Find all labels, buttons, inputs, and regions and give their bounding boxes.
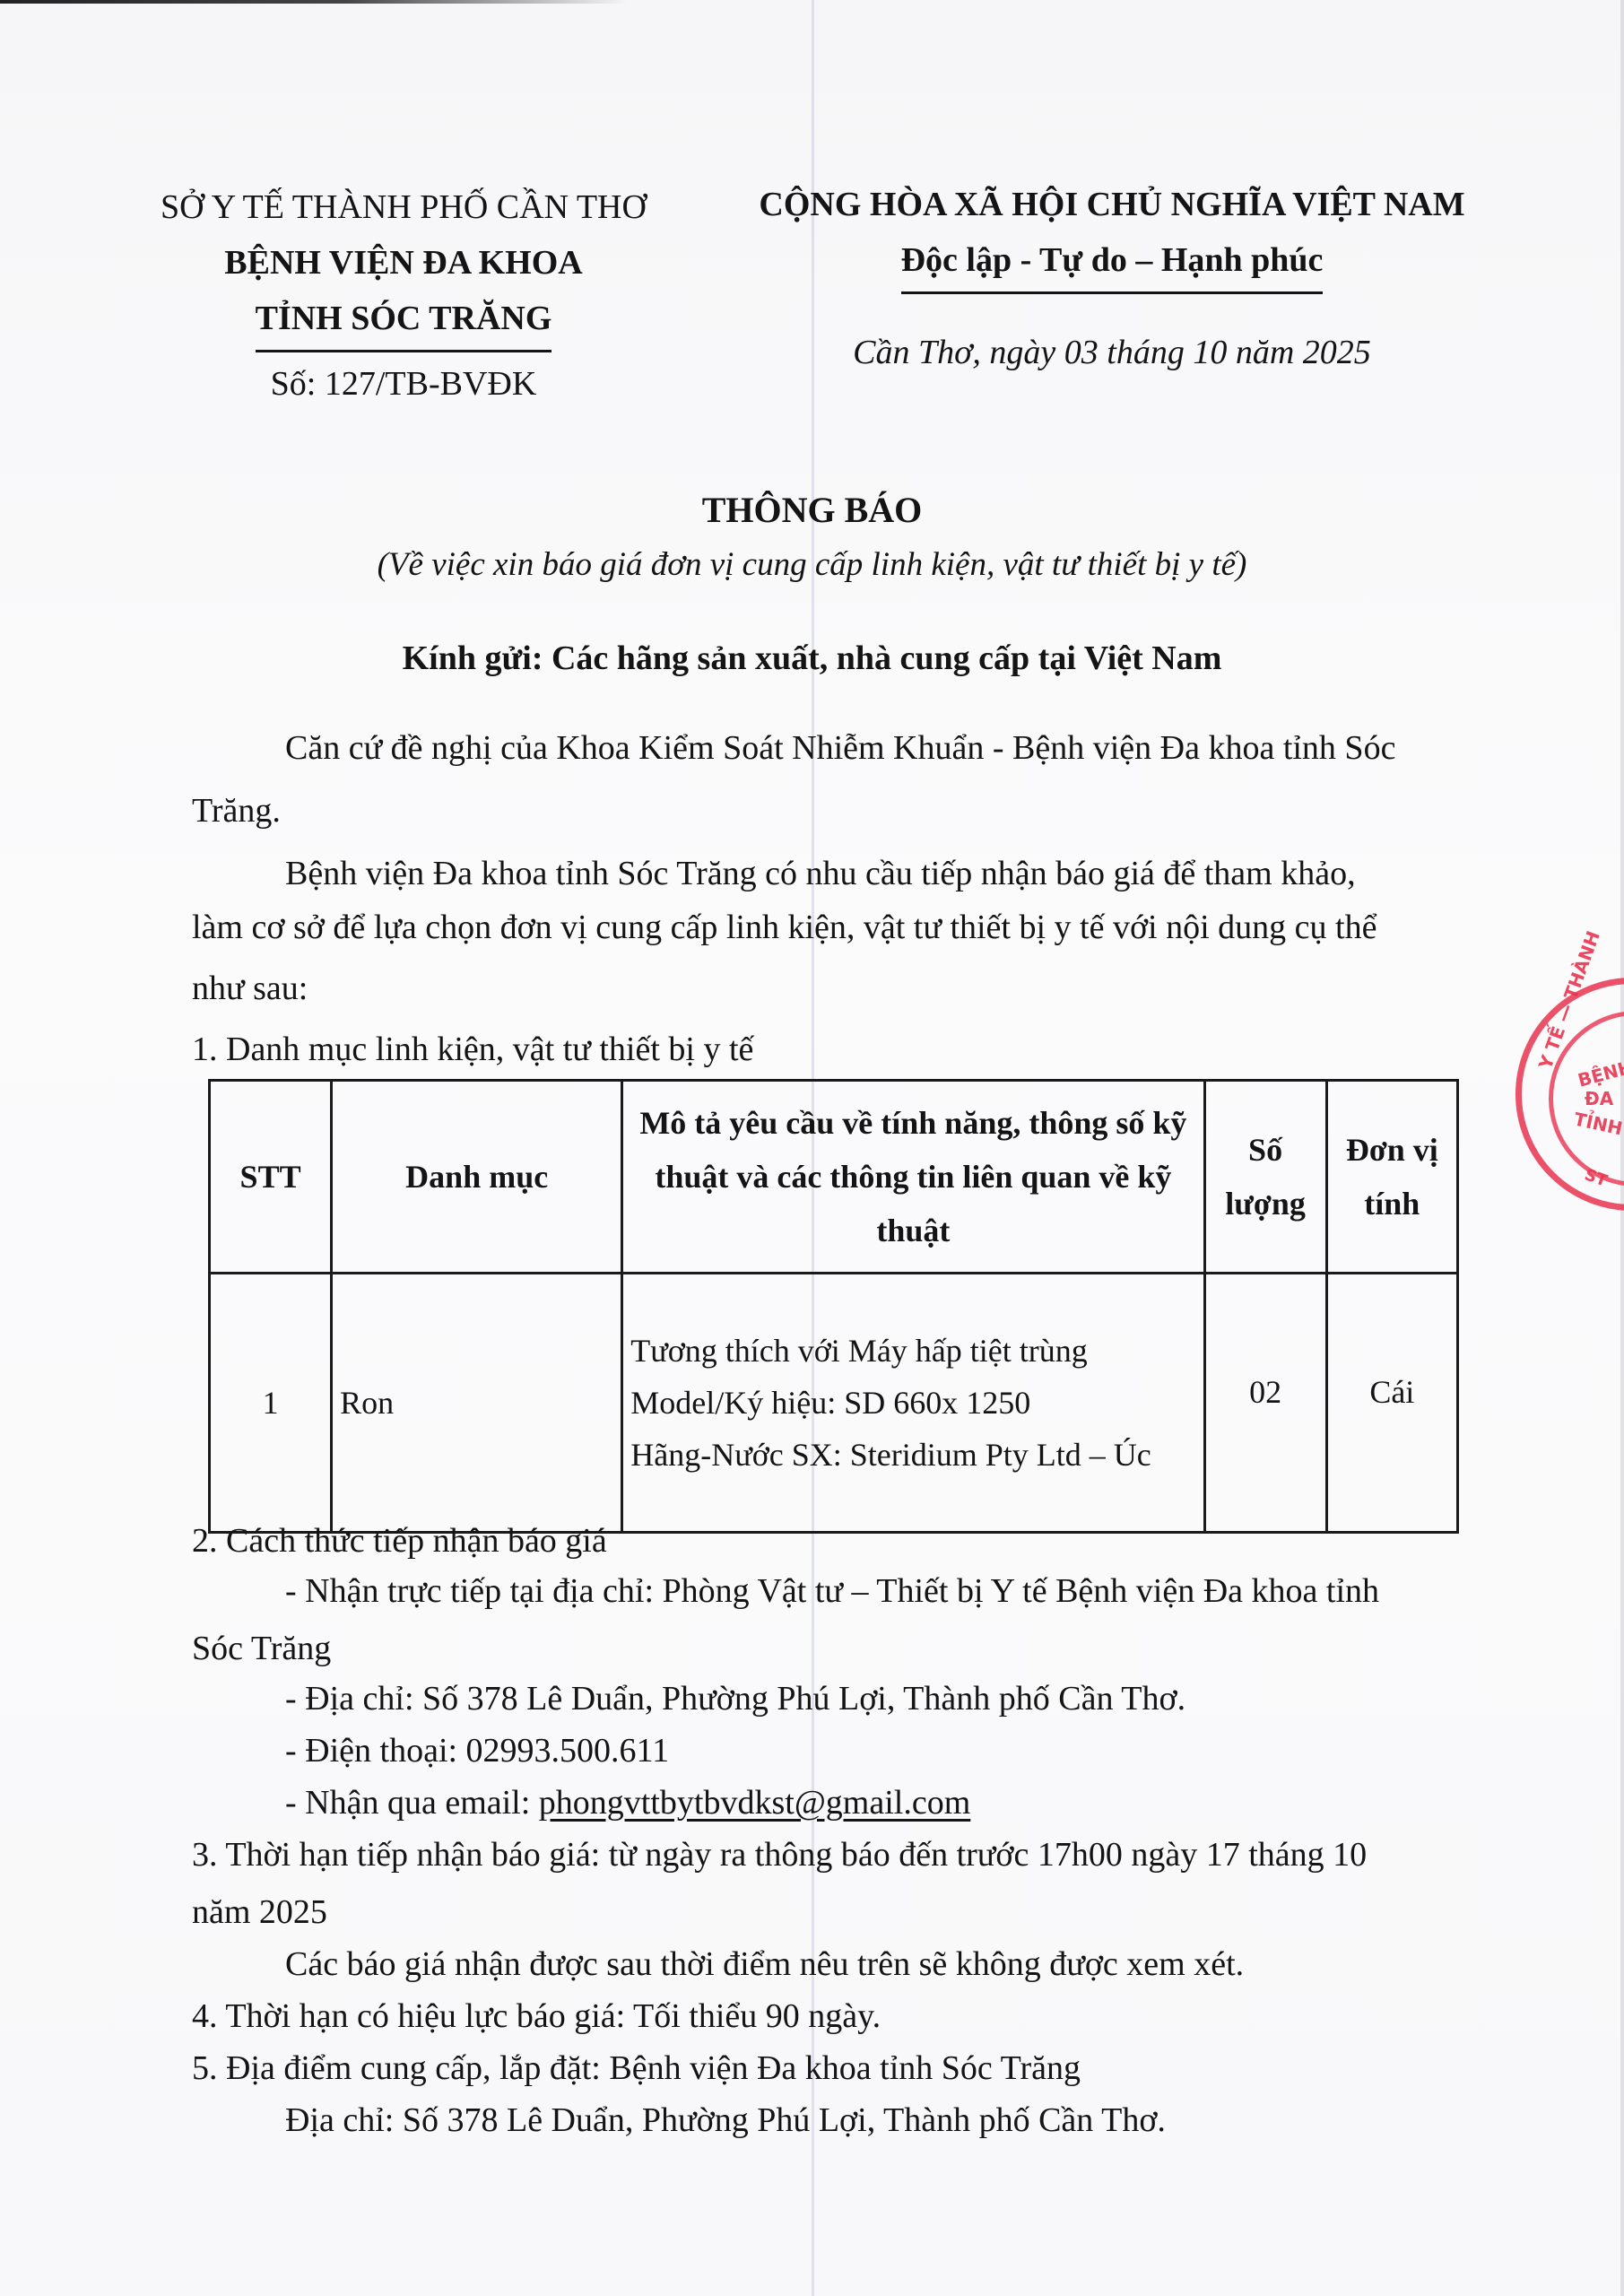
department-name: SỞ Y TẾ THÀNH PHỐ CẦN THƠ	[135, 179, 673, 235]
hospital-name-underlined: TỈNH SÓC TRĂNG	[256, 291, 552, 352]
section2-address: - Địa chỉ: Số 378 Lê Duẩn, Phường Phú Lợ…	[285, 1679, 1185, 1718]
national-title: CỘNG HÒA XÃ HỘI CHỦ NGHĨA VIỆT NAM	[726, 177, 1498, 232]
document-title: THÔNG BÁO	[0, 489, 1624, 531]
email-link[interactable]: phongvttbytbvdkst@gmail.com	[539, 1784, 970, 1822]
national-header-block: CỘNG HÒA XÃ HỘI CHỦ NGHĨA VIỆT NAM Độc l…	[726, 177, 1498, 380]
intro-para2-line3: như sau:	[192, 969, 308, 1008]
document-page: SỞ Y TẾ THÀNH PHỐ CẦN THƠ BỆNH VIỆN ĐA K…	[0, 0, 1624, 2296]
stamp-inner-line2: ĐA	[1585, 1088, 1613, 1109]
description-line: Model/Ký hiệu: SD 660x 1250	[630, 1377, 1195, 1429]
cell-stt: 1	[210, 1274, 332, 1533]
section3-note: Các báo giá nhận được sau thời điểm nêu …	[285, 1944, 1244, 1984]
recipient-line: Kính gửi: Các hãng sản xuất, nhà cung cấ…	[0, 639, 1624, 678]
issuing-agency-block: SỞ Y TẾ THÀNH PHỐ CẦN THƠ BỆNH VIỆN ĐA K…	[135, 179, 673, 412]
col-stt: STT	[210, 1081, 332, 1274]
section1-heading: 1. Danh mục linh kiện, vật tư thiết bị y…	[192, 1030, 753, 1069]
section2-email-line: - Nhận qua email: phongvttbytbvdkst@gmai…	[285, 1783, 970, 1822]
motto-text: Độc lập - Tự do – Hạnh phúc	[901, 232, 1324, 294]
intro-para1-line1: Căn cứ đề nghị của Khoa Kiểm Soát Nhiễm …	[285, 728, 1395, 768]
cell-description: Tương thích với Máy hấp tiệt trùng Model…	[622, 1274, 1204, 1533]
section5-line: 5. Địa điểm cung cấp, lắp đặt: Bệnh viện…	[192, 2048, 1081, 2088]
motto: Độc lập - Tự do – Hạnh phúc	[726, 232, 1498, 294]
section3-line1: 3. Thời hạn tiếp nhận báo giá: từ ngày r…	[192, 1835, 1367, 1874]
document-subtitle: (Về việc xin báo giá đơn vị cung cấp lin…	[0, 545, 1624, 584]
document-number: Số: 127/TB-BVĐK	[135, 356, 673, 412]
description-line: Hãng-Nước SX: Steridium Pty Ltd – Úc	[630, 1429, 1195, 1481]
col-description: Mô tả yêu cầu về tính năng, thông số kỹ …	[622, 1081, 1204, 1274]
section2-direct-line2: Sóc Trăng	[192, 1629, 331, 1668]
scan-edge	[0, 0, 628, 4]
place-date: Cần Thơ, ngày 03 tháng 10 năm 2025	[726, 325, 1498, 380]
items-table: STT Danh mục Mô tả yêu cầu về tính năng,…	[208, 1079, 1459, 1534]
intro-para2-line1: Bệnh viện Đa khoa tỉnh Sóc Trăng có nhu …	[285, 854, 1356, 893]
section2-heading: 2. Cách thức tiếp nhận báo giá	[192, 1521, 607, 1561]
email-label: - Nhận qua email:	[285, 1784, 539, 1822]
section3-line2: năm 2025	[192, 1892, 327, 1932]
section2-phone: - Điện thoại: 02993.500.611	[285, 1731, 669, 1770]
section4-line: 4. Thời hạn có hiệu lực báo giá: Tối thi…	[192, 1996, 881, 2036]
official-stamp: Y TẾ — THÀNH BỆNH ĐA TỈNH ST	[1515, 978, 1624, 1211]
table-header-row: STT Danh mục Mô tả yêu cầu về tính năng,…	[210, 1081, 1458, 1274]
section2-direct-line1: - Nhận trực tiếp tại địa chỉ: Phòng Vật …	[285, 1571, 1379, 1611]
section5-address: Địa chỉ: Số 378 Lê Duẩn, Phường Phú Lợi,…	[285, 2100, 1166, 2140]
col-quantity: Số lượng	[1204, 1081, 1326, 1274]
table-row: 1 Ron Tương thích với Máy hấp tiệt trùng…	[210, 1274, 1458, 1533]
intro-para1-line2: Trăng.	[192, 791, 281, 831]
hospital-name-line1: BỆNH VIỆN ĐA KHOA	[135, 235, 673, 291]
cell-quantity: 02	[1204, 1274, 1326, 1533]
hospital-name-line2: TỈNH SÓC TRĂNG	[135, 291, 673, 352]
col-category: Danh mục	[332, 1081, 622, 1274]
col-unit: Đơn vị tính	[1326, 1081, 1457, 1274]
cell-category: Ron	[332, 1274, 622, 1533]
cell-unit: Cái	[1326, 1274, 1457, 1533]
intro-para2-line2: làm cơ sở để lựa chọn đơn vị cung cấp li…	[192, 908, 1376, 947]
description-line: Tương thích với Máy hấp tiệt trùng	[630, 1325, 1195, 1377]
